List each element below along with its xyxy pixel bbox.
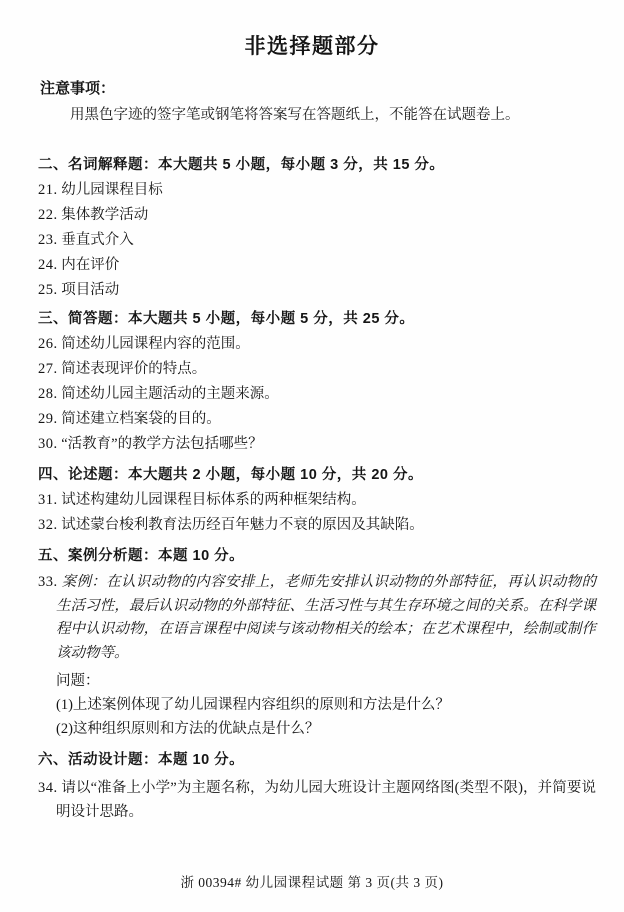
item-number: 27. bbox=[38, 361, 58, 377]
sub-question-2: (2)这种组织原则和方法的优缺点是什么？ bbox=[56, 722, 594, 737]
item-text: 项目活动 bbox=[61, 282, 119, 298]
item-text: 试述蒙台梭利教育法历经百年魅力不衰的原因及其缺陷。 bbox=[61, 517, 424, 533]
section-heading-4: 四、论述题：本大题共 2 小题，每小题 10 分，共 20 分。 bbox=[38, 467, 594, 483]
item-text: “活教育”的教学方法包括哪些？ bbox=[61, 436, 262, 452]
question-item-25: 25. 项目活动 bbox=[38, 283, 594, 298]
item-text: 简述建立档案袋的目的。 bbox=[61, 411, 221, 427]
question-item-26: 26. 简述幼儿园课程内容的范围。 bbox=[38, 337, 594, 352]
question-item-23: 23. 垂直式介入 bbox=[38, 233, 594, 248]
item-number: 24. bbox=[38, 257, 58, 273]
item-text: 简述幼儿园课程内容的范围。 bbox=[61, 336, 250, 352]
question-item-31: 31. 试述构建幼儿园课程目标体系的两种框架结构。 bbox=[38, 493, 594, 508]
exam-page: 非选择题部分 注意事项： 用黑色字迹的签字笔或钢笔将答案写在答题纸上，不能答在试… bbox=[0, 0, 624, 912]
question-item-32: 32. 试述蒙台梭利教育法历经百年魅力不衰的原因及其缺陷。 bbox=[38, 518, 594, 533]
item-text: 试述构建幼儿园课程目标体系的两种框架结构。 bbox=[61, 492, 366, 508]
item-text: 简述表现评价的特点。 bbox=[61, 361, 206, 377]
question-item-21: 21. 幼儿园课程目标 bbox=[38, 183, 594, 198]
item-number: 23. bbox=[38, 232, 58, 248]
item-number: 31. bbox=[38, 492, 58, 508]
question-item-29: 29. 简述建立档案袋的目的。 bbox=[38, 412, 594, 427]
page-footer: 浙 00394# 幼儿园课程试题 第 3 页(共 3 页) bbox=[0, 871, 624, 891]
page-title: 非选择题部分 bbox=[0, 0, 624, 60]
item-number: 26. bbox=[38, 336, 58, 352]
question-item-34: 34. 请以“准备上小学”为主题名称，为幼儿园大班设计主题网络图(类型不限)，并… bbox=[38, 776, 596, 824]
item-number: 34. bbox=[38, 780, 58, 796]
question-item-27: 27. 简述表现评价的特点。 bbox=[38, 362, 594, 377]
item-text: 集体教学活动 bbox=[61, 207, 148, 223]
item-text: 幼儿园课程目标 bbox=[61, 182, 163, 198]
question-item-33: 33. 案例：在认识动物的内容安排上，老师先安排认识动物的外部特征，再认识动物的… bbox=[38, 571, 596, 665]
section-heading-2: 二、名词解释题：本大题共 5 小题，每小题 3 分，共 15 分。 bbox=[38, 157, 594, 173]
sub-question-1: (1)上述案例体现了幼儿园课程内容组织的原则和方法是什么？ bbox=[56, 698, 594, 713]
item-number: 28. bbox=[38, 386, 58, 402]
section-heading-5: 五、案例分析题：本题 10 分。 bbox=[38, 548, 594, 564]
item-text: 请以“准备上小学”为主题名称，为幼儿园大班设计主题网络图(类型不限)，并简要说明… bbox=[56, 780, 596, 820]
item-number: 29. bbox=[38, 411, 58, 427]
question-label: 问题： bbox=[56, 674, 594, 689]
item-text: 垂直式介入 bbox=[61, 232, 134, 248]
item-number: 30. bbox=[38, 436, 58, 452]
section-heading-6: 六、活动设计题：本题 10 分。 bbox=[38, 752, 594, 768]
question-item-24: 24. 内在评价 bbox=[38, 258, 594, 273]
item-number: 22. bbox=[38, 207, 58, 223]
section-heading-3: 三、简答题：本大题共 5 小题，每小题 5 分，共 25 分。 bbox=[38, 311, 594, 327]
notice-label: 注意事项： bbox=[40, 77, 624, 98]
item-number: 33. bbox=[38, 574, 58, 590]
item-number: 21. bbox=[38, 182, 58, 198]
item-text: 内在评价 bbox=[61, 257, 119, 273]
case-text: 案例：在认识动物的内容安排上，老师先安排认识动物的外部特征，再认识动物的生活习性… bbox=[56, 574, 596, 661]
notice-text: 用黑色字迹的签字笔或钢笔将答案写在答题纸上，不能答在试题卷上。 bbox=[70, 107, 590, 124]
question-item-22: 22. 集体教学活动 bbox=[38, 208, 594, 223]
item-number: 25. bbox=[38, 282, 58, 298]
question-item-30: 30. “活教育”的教学方法包括哪些？ bbox=[38, 437, 594, 452]
item-text: 简述幼儿园主题活动的主题来源。 bbox=[61, 386, 279, 402]
item-number: 32. bbox=[38, 517, 58, 533]
question-item-28: 28. 简述幼儿园主题活动的主题来源。 bbox=[38, 387, 594, 402]
